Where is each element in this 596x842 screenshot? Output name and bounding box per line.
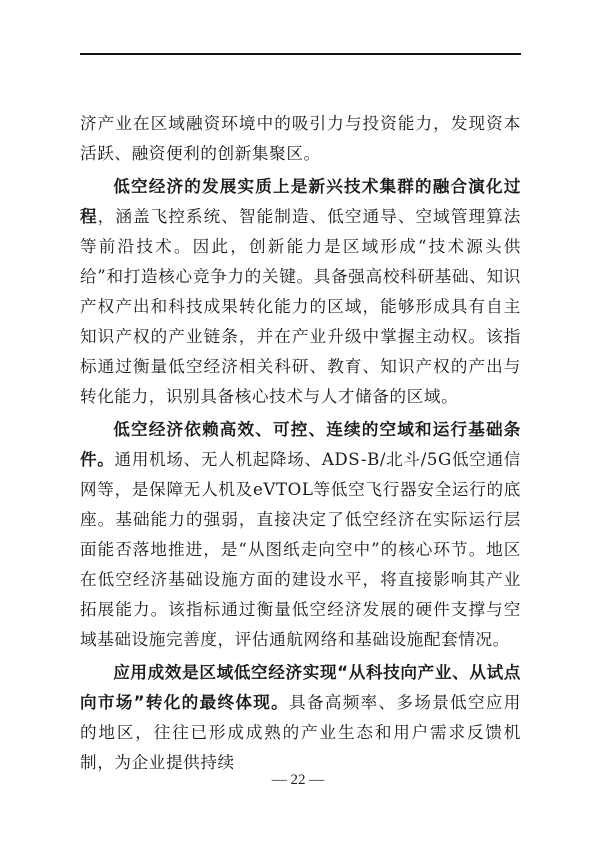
paragraph-1: 济产业在区域融资环境中的吸引力与投资能力，发现资本活跃、融资便利的创新集聚区。 bbox=[80, 109, 521, 169]
paragraph-3-text: 通用机场、无人机起降场、ADS-B/北斗/5G低空通信网等，是保障无人机及eVT… bbox=[80, 450, 521, 649]
page-number: — 22 — bbox=[0, 772, 596, 789]
paragraph-2-text: ，涵盖飞控系统、智能制造、低空通导、空域管理算法等前沿技术。因此，创新能力是区域… bbox=[80, 207, 521, 406]
paragraph-4: 应用成效是区域低空经济实现“从科技向产业、从试点向市场”转化的最终体现。具备高频… bbox=[80, 658, 521, 778]
paragraph-1-text: 济产业在区域融资环境中的吸引力与投资能力，发现资本活跃、融资便利的创新集聚区。 bbox=[80, 114, 521, 163]
paragraph-2: 低空经济的发展实质上是新兴技术集群的融合演化过程，涵盖飞控系统、智能制造、低空通… bbox=[80, 172, 521, 412]
document-body: 济产业在区域融资环境中的吸引力与投资能力，发现资本活跃、融资便利的创新集聚区。 … bbox=[80, 109, 521, 778]
header-rule bbox=[80, 53, 521, 55]
paragraph-3: 低空经济依赖高效、可控、连续的空域和运行基础条件。通用机场、无人机起降场、ADS… bbox=[80, 415, 521, 655]
